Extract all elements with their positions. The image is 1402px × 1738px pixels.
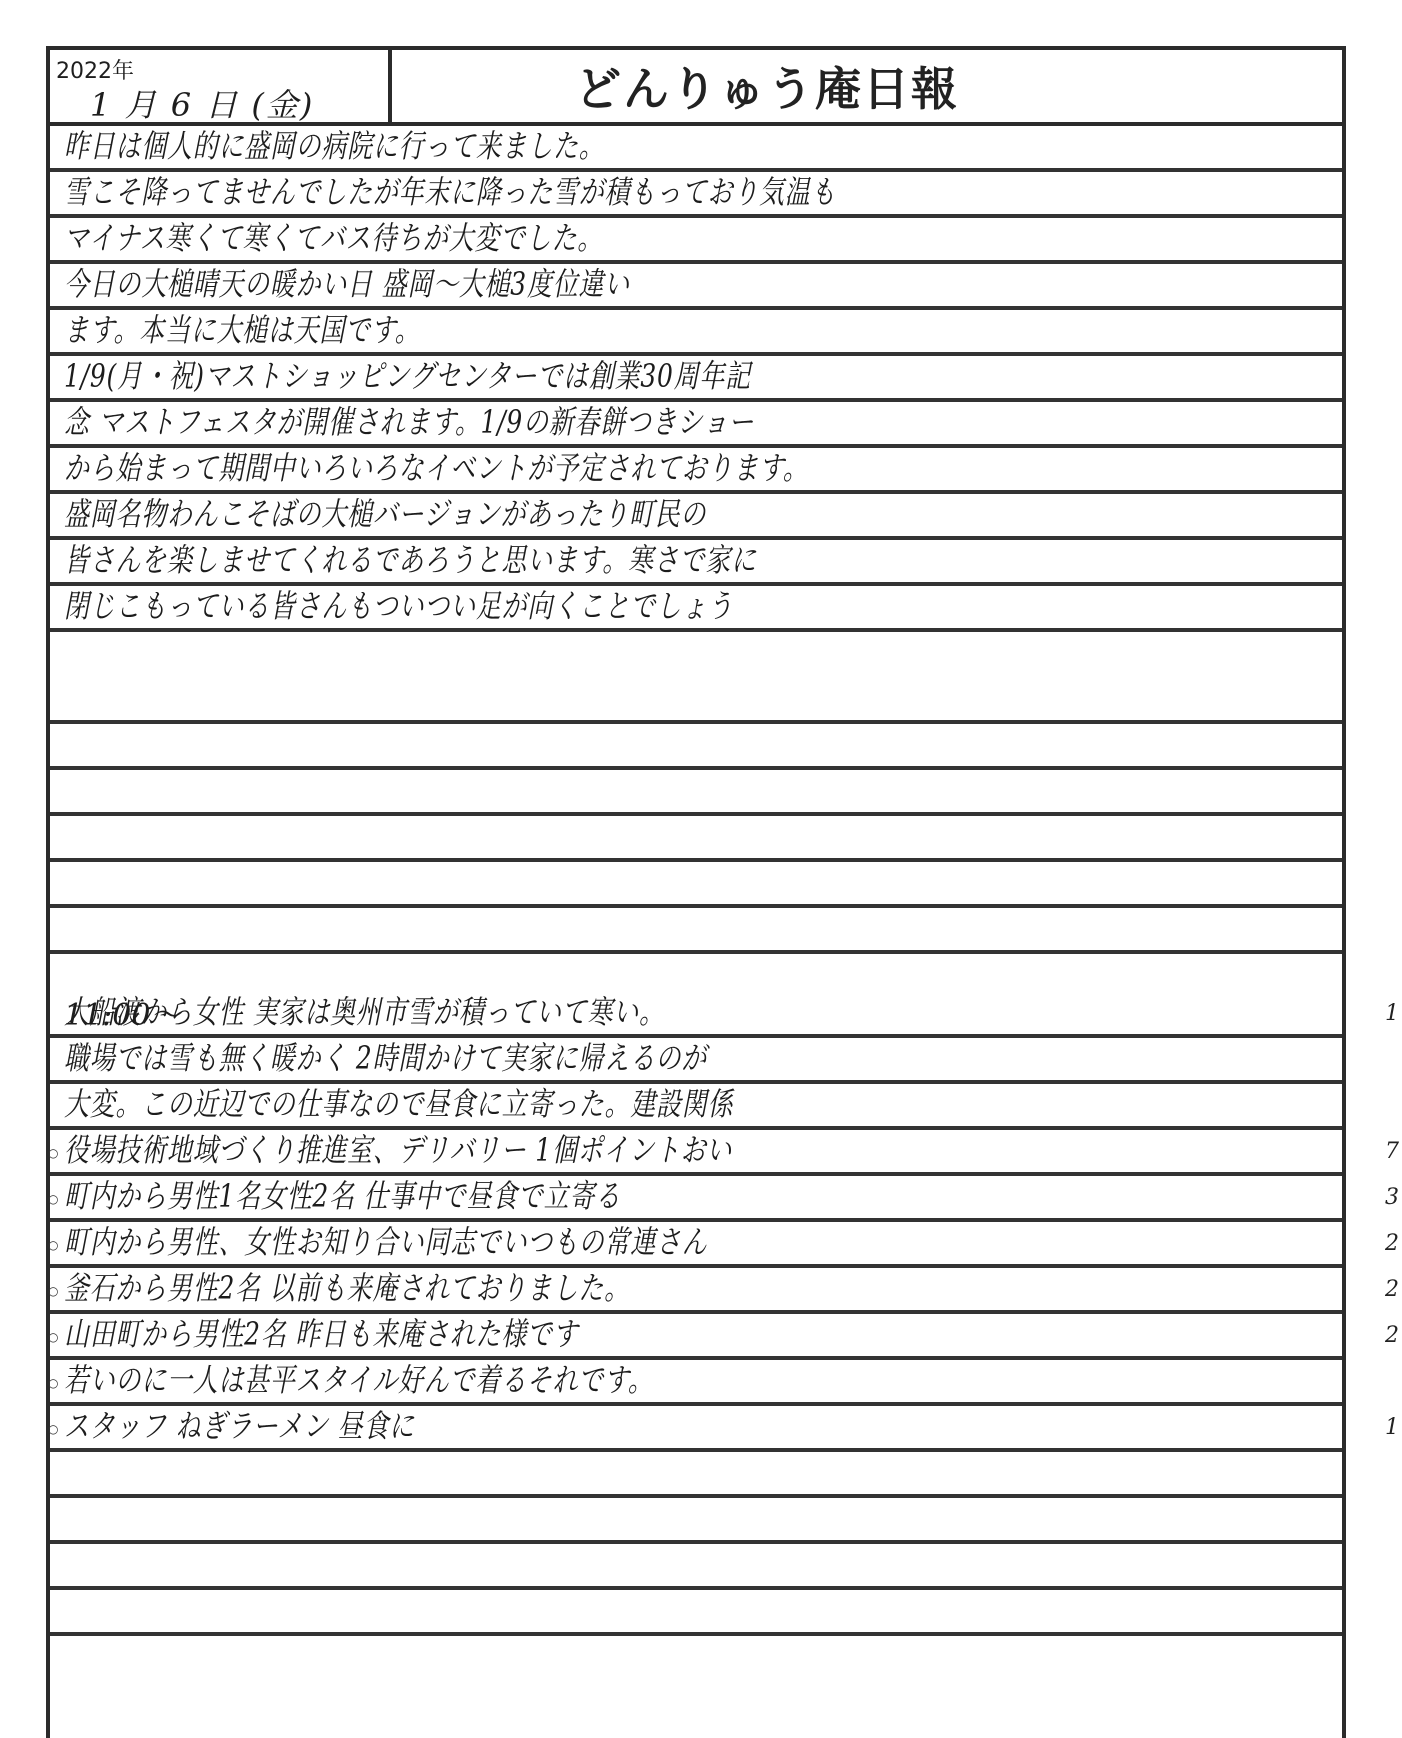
diary-line-text: 雪こそ降ってませんでしたが年末に降った雪が積もっており気温も [64,172,836,212]
diary-line-text: ます。本当に大槌は天国です。 [64,310,420,350]
diary-line: マイナス寒くて寒くてバス待ちが大変でした。 [50,218,1342,264]
visits-section: 大船渡から女性 実家は奥州市雪が積っていて寒い。1職場では雪も無く暖かく 2時間… [50,992,1342,1636]
visitor-count: 2 [1372,1277,1402,1302]
visit-entry-text: 町内から男性1名女性2名 仕事中で昼食で立寄る [64,1176,621,1216]
blank-ruled-line [50,862,1342,908]
visitor-count: 1 [1372,1415,1402,1440]
visit-entry: ○山田町から男性2名 昨日も来庵された様です2 [50,1314,1342,1360]
visit-entry: 大変。この近辺での仕事なので昼食に立寄った。建設関係 [50,1084,1342,1130]
diary-line: 今日の大槌晴天の暖かい日 盛岡～大槌3度位違い [50,264,1342,310]
visit-entry: 大船渡から女性 実家は奥州市雪が積っていて寒い。1 [50,992,1342,1038]
visit-entry-text: 役場技術地域づくり推進室、デリバリー 1個ポイントおい [64,1130,732,1170]
bullet-mark-icon: ○ [48,1238,58,1252]
blank-ruled-line [50,724,1342,770]
diary-line: 念 マストフェスタが開催されます。1/9の新春餅つきショー [50,402,1342,448]
visitor-count: 2 [1372,1323,1402,1348]
bullet-mark-icon: ○ [48,1330,58,1344]
diary-line: 雪こそ降ってませんでしたが年末に降った雪が積もっており気温も [50,172,1342,218]
diary-line-text: マイナス寒くて寒くてバス待ちが大変でした。 [64,218,603,258]
visit-entry-text: 大船渡から女性 実家は奥州市雪が積っていて寒い。 [64,992,665,1032]
diary-line-text: 今日の大槌晴天の暖かい日 盛岡～大槌3度位違い [64,264,630,304]
diary-line-text: 皆さんを楽しませてくれるであろうと思います。寒さで家に [64,540,757,580]
blank-ruled-line [50,678,1342,724]
date-box: 2022年 1 月 6 日 (金) [50,50,392,122]
visitor-count: 7 [1372,1139,1402,1164]
daily-report-sheet: 2022年 1 月 6 日 (金) どんりゅう庵日報 昨日は個人的に盛岡の病院に… [46,46,1346,1738]
diary-line: 皆さんを楽しませてくれるであろうと思います。寒さで家に [50,540,1342,586]
bullet-mark-icon: ○ [48,1284,58,1298]
bullet-mark-icon: ○ [48,1146,58,1160]
blank-ruled-line [50,816,1342,862]
blank-ruled-line [50,1590,1342,1636]
diary-line: 閉じこもっている皆さんもついつい足が向くことでしょう [50,586,1342,632]
blank-ruled-line [50,908,1342,954]
visit-entry-text: 職場では雪も無く暖かく 2時間かけて実家に帰えるのが [64,1038,707,1078]
diary-line: から始まって期間中いろいろなイベントが予定されております。 [50,448,1342,494]
visit-entry-text: 町内から男性、女性お知り合い同志でいつもの常連さん [64,1222,708,1262]
diary-line: ます。本当に大槌は天国です。 [50,310,1342,356]
visitor-count: 3 [1372,1185,1402,1210]
visit-entry-text: スタッフ ねぎラーメン 昼食に [64,1406,415,1446]
diary-line-text: 盛岡名物わんこそばの大槌バージョンがあったり町民の [64,494,706,534]
blank-ruled-line [50,1452,1342,1498]
visit-entry: 職場では雪も無く暖かく 2時間かけて実家に帰えるのが [50,1038,1342,1084]
diary-line-text: から始まって期間中いろいろなイベントが予定されております。 [64,448,808,488]
visit-entry: ○町内から男性、女性お知り合い同志でいつもの常連さん2 [50,1222,1342,1268]
diary-line-text: 昨日は個人的に盛岡の病院に行って来ました。 [64,126,605,166]
visit-entry: ○役場技術地域づくり推進室、デリバリー 1個ポイントおい7 [50,1130,1342,1176]
visit-entry-text: 大変。この近辺での仕事なので昼食に立寄った。建設関係 [64,1084,733,1124]
visit-entry-text: 若いのに一人は甚平スタイル好んで着るそれです。 [64,1360,654,1400]
date-label: 1 月 6 日 (金) [90,80,314,126]
visitor-count: 2 [1372,1231,1402,1256]
blank-lines [50,678,1342,954]
diary-section: 昨日は個人的に盛岡の病院に行って来ました。雪こそ降ってませんでしたが年末に降った… [50,126,1342,632]
blank-ruled-line [50,1498,1342,1544]
visitor-count: 1 [1372,1001,1402,1026]
diary-line: 1/9(月・祝)マストショッピングセンターでは創業30周年記 [50,356,1342,402]
report-header: 2022年 1 月 6 日 (金) どんりゅう庵日報 [50,50,1342,126]
diary-line-text: 1/9(月・祝)マストショッピングセンターでは創業30周年記 [64,356,751,396]
visit-entry: ○若いのに一人は甚平スタイル好んで着るそれです。 [50,1360,1342,1406]
report-title: どんりゅう庵日報 [392,50,1342,122]
bullet-mark-icon: ○ [48,1192,58,1206]
diary-line: 盛岡名物わんこそばの大槌バージョンがあったり町民の [50,494,1342,540]
bullet-mark-icon: ○ [48,1422,58,1436]
visit-entry: ○釜石から男性2名 以前も来庵されておりました。2 [50,1268,1342,1314]
diary-line-text: 閉じこもっている皆さんもついつい足が向くことでしょう [64,586,733,626]
blank-ruled-line [50,1544,1342,1590]
visit-entry: ○スタッフ ねぎラーメン 昼食に1 [50,1406,1342,1452]
diary-line: 昨日は個人的に盛岡の病院に行って来ました。 [50,126,1342,172]
visit-entry-text: 釜石から男性2名 以前も来庵されておりました。 [64,1268,630,1308]
diary-line-text: 念 マストフェスタが開催されます。1/9の新春餅つきショー [64,402,754,442]
bullet-mark-icon: ○ [48,1376,58,1390]
blank-ruled-line [50,770,1342,816]
visit-entry-text: 山田町から男性2名 昨日も来庵された様です [64,1314,578,1354]
visit-entry: ○町内から男性1名女性2名 仕事中で昼食で立寄る3 [50,1176,1342,1222]
